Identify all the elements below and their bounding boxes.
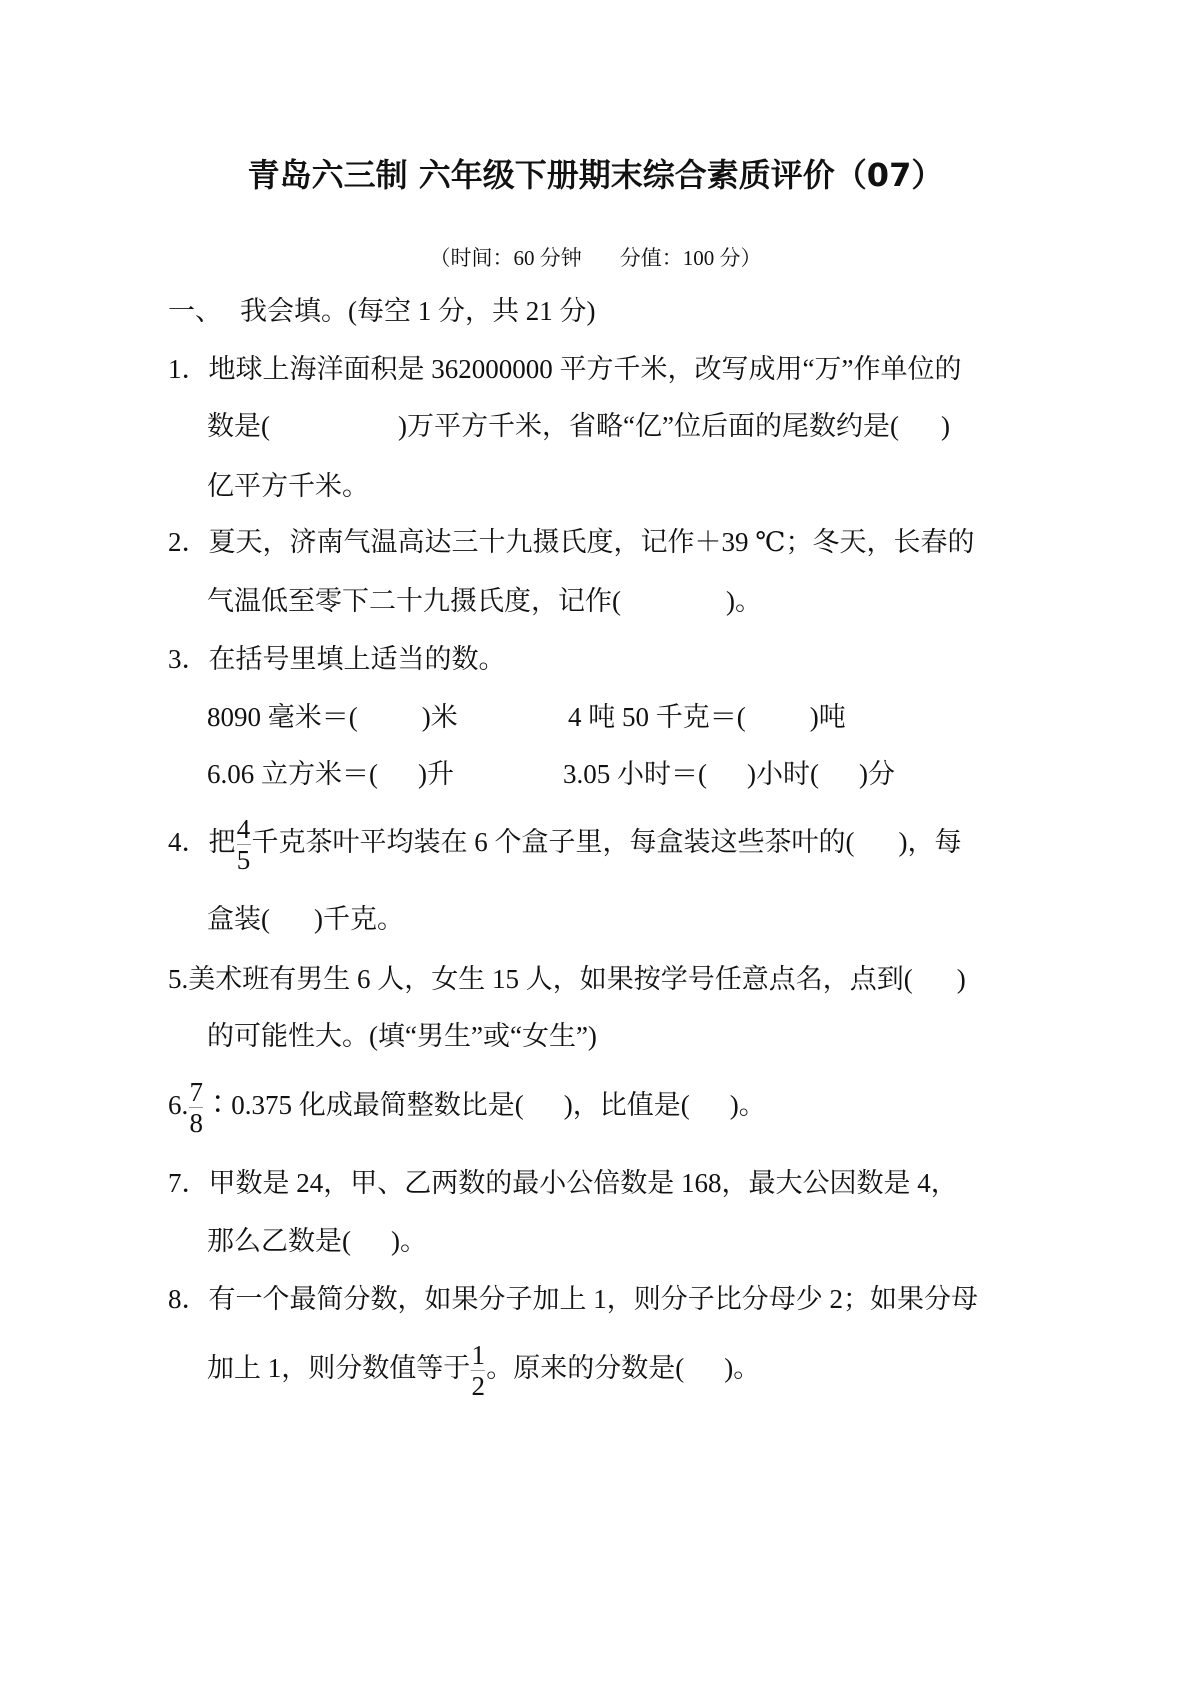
question-text: 把 <box>209 827 236 857</box>
question-number: 8． <box>168 1282 209 1316</box>
question-text: )万平方千米，省略“亿”位后面的尾数约是( <box>398 411 899 441</box>
question-6-line-1: 6.78∶0.375 化成最简整数比是()，比值是()。 <box>168 1075 766 1138</box>
question-5-line-1: 5.美术班有男生 6 人，女生 15 人，如果按学号任意点名，点到() <box>168 962 966 996</box>
question-text: )，每 <box>899 827 962 857</box>
question-text: )分 <box>859 759 895 789</box>
question-number: 3． <box>168 642 209 676</box>
question-4-line-1: 4．把45千克茶叶平均装在 6 个盒子里，每盒装这些茶叶的()，每 <box>168 812 962 875</box>
question-4-line-2: 盒装()千克。 <box>207 902 404 936</box>
question-3-item-2: 4 吨 50 千克＝()吨 <box>568 700 846 734</box>
question-text: ∶0.375 化成最简整数比是( <box>204 1090 524 1120</box>
page-title: 青岛六三制 六年级下册期末综合素质评价（07） <box>0 150 1191 196</box>
question-text: )米 <box>422 702 458 732</box>
question-text: )。 <box>391 1226 427 1256</box>
question-2-line-1: 2．夏天，济南气温高达三十九摄氏度，记作＋39 ℃；冬天，长春的 <box>168 525 974 559</box>
question-7-line-2: 那么乙数是()。 <box>207 1224 427 1258</box>
denominator: 2 <box>471 1371 485 1401</box>
question-number: 7． <box>168 1166 209 1200</box>
question-text: 在括号里填上适当的数。 <box>209 644 506 674</box>
question-1-line-2: 数是()万平方千米，省略“亿”位后面的尾数约是() <box>207 409 950 443</box>
question-text: 数是( <box>207 411 270 441</box>
question-8-line-1: 8．有一个最简分数，如果分子加上 1，则分子比分母少 2；如果分母 <box>168 1282 978 1316</box>
fraction: 78 <box>189 1077 203 1138</box>
question-text: 有一个最简分数，如果分子加上 1，则分子比分母少 2；如果分母 <box>209 1284 979 1314</box>
numerator: 7 <box>189 1077 203 1107</box>
question-text: 6.06 立方米＝( <box>207 759 378 789</box>
question-7-line-1: 7．甲数是 24，甲、乙两数的最小公倍数是 168，最大公因数是 4， <box>168 1166 958 1200</box>
question-text: )吨 <box>810 702 846 732</box>
question-1-line-1: 1．地球上海洋面积是 362000000 平方千米，改写成用“万”作单位的 <box>168 352 961 386</box>
question-text: 。原来的分数是( <box>486 1353 684 1383</box>
total-score: 分值：100 分） <box>620 246 762 270</box>
question-text: )千克。 <box>314 904 404 934</box>
question-number: 4． <box>168 812 209 872</box>
question-number: 2． <box>168 525 209 559</box>
question-text: 加上 1，则分数值等于 <box>207 1353 470 1383</box>
question-3-item-1: 8090 毫米＝()米 <box>207 700 458 734</box>
question-number: 1． <box>168 352 209 386</box>
question-text: 美术班有男生 6 人，女生 15 人，如果按学号任意点名，点到( <box>188 964 913 994</box>
section-title: 我会填。(每空 1 分，共 21 分) <box>240 296 595 326</box>
question-2-line-2: 气温低至零下二十九摄氏度，记作()。 <box>207 584 762 618</box>
fraction: 12 <box>471 1340 485 1401</box>
question-text: 盒装( <box>207 904 270 934</box>
denominator: 8 <box>189 1108 203 1138</box>
section-heading: 一、我会填。(每空 1 分，共 21 分) <box>168 294 595 328</box>
question-text: ) <box>941 411 950 441</box>
fraction: 45 <box>237 814 251 875</box>
question-text: 气温低至零下二十九摄氏度，记作( <box>207 586 621 616</box>
question-3-line-1: 3．在括号里填上适当的数。 <box>168 642 506 676</box>
question-text: 4 吨 50 千克＝( <box>568 702 746 732</box>
question-text: 3.05 小时＝( <box>563 759 707 789</box>
question-text: 甲数是 24，甲、乙两数的最小公倍数是 168，最大公因数是 4， <box>209 1168 958 1198</box>
question-text: )小时( <box>747 759 819 789</box>
question-text: ) <box>957 964 966 994</box>
section-number: 一、 <box>168 296 222 326</box>
question-text: 千克茶叶平均装在 6 个盒子里，每盒装这些茶叶的( <box>252 827 855 857</box>
question-3-item-4: 3.05 小时＝()小时()分 <box>563 757 895 791</box>
question-text: 8090 毫米＝( <box>207 702 358 732</box>
numerator: 4 <box>237 814 251 844</box>
question-text: 那么乙数是( <box>207 1226 351 1256</box>
exam-info: （时间：60 分钟分值：100 分） <box>0 242 1191 272</box>
question-text: )。 <box>724 1353 760 1383</box>
question-1-line-3: 亿平方千米。 <box>207 469 369 503</box>
question-5-line-2: 的可能性大。(填“男生”或“女生”) <box>207 1019 597 1053</box>
question-text: 夏天，济南气温高达三十九摄氏度，记作＋39 ℃；冬天，长春的 <box>209 527 975 557</box>
question-number: 6. <box>168 1075 188 1135</box>
question-text: )。 <box>730 1090 766 1120</box>
question-text: 地球上海洋面积是 362000000 平方千米，改写成用“万”作单位的 <box>209 354 962 384</box>
denominator: 5 <box>237 845 251 875</box>
question-8-line-2: 加上 1，则分数值等于12。原来的分数是()。 <box>207 1338 760 1401</box>
question-text: )升 <box>418 759 454 789</box>
question-number: 5. <box>168 962 188 996</box>
question-3-item-3: 6.06 立方米＝()升 <box>207 757 454 791</box>
time-limit: （时间：60 分钟 <box>430 246 582 270</box>
question-text: )，比值是( <box>564 1090 690 1120</box>
question-text: )。 <box>726 586 762 616</box>
numerator: 1 <box>471 1340 485 1370</box>
